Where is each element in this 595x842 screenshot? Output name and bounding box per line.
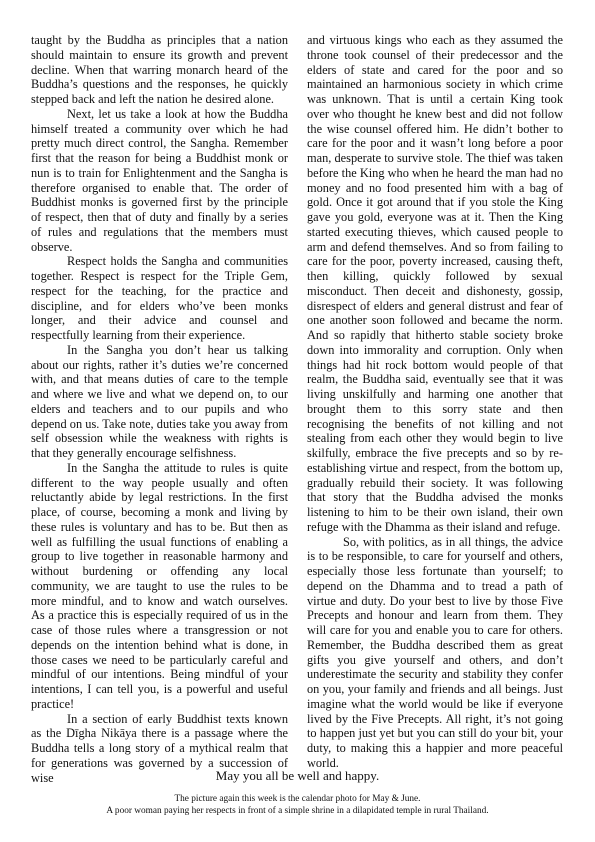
paragraph: taught by the Buddha as principles that … <box>31 33 288 107</box>
paragraph: In the Sangha you don’t hear us talking … <box>31 343 288 461</box>
paragraph: In the Sangha the attitude to rules is q… <box>31 461 288 712</box>
paragraph: Respect holds the Sangha and communities… <box>31 254 288 343</box>
caption-line-1: The picture again this week is the calen… <box>0 794 595 806</box>
right-column: and virtuous kings who each as they assu… <box>307 33 563 771</box>
paragraph: and virtuous kings who each as they assu… <box>307 33 563 535</box>
closing-blessing: May you all be well and happy. <box>0 768 595 784</box>
photo-caption: The picture again this week is the calen… <box>0 794 595 817</box>
caption-line-2: A poor woman paying her respects in fron… <box>0 806 595 818</box>
paragraph: So, with politics, as in all things, the… <box>307 535 563 771</box>
left-column: taught by the Buddha as principles that … <box>31 33 288 785</box>
paragraph: Next, let us take a look at how the Budd… <box>31 107 288 255</box>
